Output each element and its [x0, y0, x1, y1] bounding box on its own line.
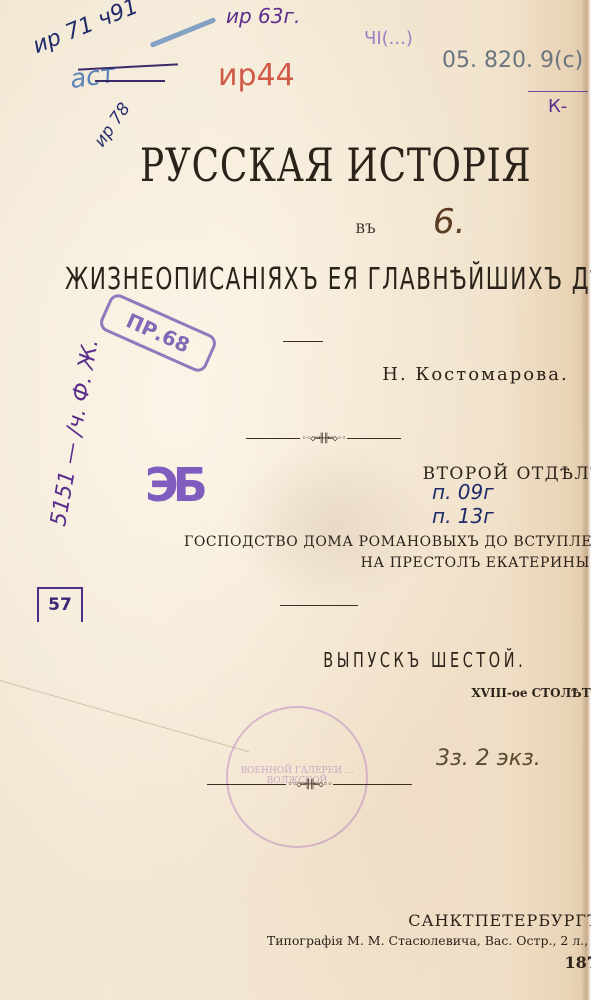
divider-short-2 — [280, 605, 358, 606]
handwritten-note-top-left-3: ир 78 — [90, 99, 134, 151]
ornament-divider-1: ◦◦◇═╫╫═◇◦◦ — [246, 434, 401, 443]
book-title: РУССКАЯ ИСТОРІЯ — [140, 138, 436, 192]
century-label: XVIII-ое СТОЛѢТІЕ. — [245, 686, 591, 700]
section-description-line1: ГОСПОДСТВО ДОМА РОМАНОВЫХЪ ДО ВСТУПЛЕНІЯ — [108, 534, 591, 550]
handwritten-volume-number: 6. — [433, 202, 465, 242]
strike-through-line — [95, 80, 165, 82]
handwritten-note-top-center: ир 63г. — [226, 4, 300, 28]
ornament-knot-icon: ◦◦◇═╫╫═◇◦◦ — [286, 780, 332, 790]
ornament-divider-2: ◦◦◇═╫╫═◇◦◦ — [207, 780, 412, 789]
author-name: Н. Костомарова. — [180, 364, 591, 385]
imprint-year: 1876. — [294, 953, 591, 972]
scanned-title-page: РУССКАЯ ИСТОРІЯ ВЪ ЖИЗНЕОПИСАНІЯХЪ ЕЯ ГЛ… — [0, 0, 591, 1000]
paper-crease — [0, 680, 250, 810]
divider-short — [283, 341, 323, 342]
handwritten-bottom-right: 3з. 2 экз. — [436, 746, 541, 771]
shelfmark-fraction: К- — [548, 96, 567, 117]
shelfmark-note: 05. 820. 9(с) — [442, 48, 583, 73]
section-heading: ВТОРОЙ ОТДѢЛЪ: — [222, 464, 591, 484]
handwritten-left-margin: 5151 — /ч. Ф. Ж. — [46, 337, 104, 528]
section-description-line2: НА ПРЕСТОЛЪ ЕКАТЕРИНЫ II. — [191, 555, 591, 571]
page-edge-shadow — [581, 0, 591, 1000]
handwritten-note-top-left-2: аст — [68, 59, 117, 95]
stamp-blot: ЭБ — [145, 458, 215, 513]
shelfmark-fraction-line — [528, 91, 588, 92]
stamp-box-57: 57 — [37, 587, 83, 622]
stamp-pr-68: ПР.68 — [97, 291, 219, 375]
book-subtitle: ЖИЗНЕОПИСАНІЯХЪ ЕЯ ГЛАВНѢЙШИХЪ ДѢЯТЕЛЕЙ. — [65, 262, 526, 297]
handwritten-note-lavender: ЧI(...) — [364, 28, 413, 49]
handwritten-note-top-left-1: ир 71 ч91 — [29, 0, 142, 59]
crayon-stroke — [150, 17, 217, 48]
imprint-printer: Типографія М. М. Стасюлевича, Вас. Остр.… — [140, 933, 591, 948]
handwritten-section-note-1: п. 09г — [432, 480, 494, 504]
round-library-stamp: ВОЕННОЙ ГАЛЕРЕИ ... ВОЛЖСКОЙ — [226, 706, 368, 848]
handwritten-section-note-2: п. 13г — [432, 504, 494, 528]
ornament-knot-icon: ◦◦◇═╫╫═◇◦◦ — [300, 434, 346, 444]
imprint-city: САНКТПЕТЕРБУРГЪ. — [212, 911, 591, 930]
issue-number: ВЫПУСКЪ ШЕСТОЙ. — [212, 648, 591, 672]
conjunction-text: ВЪ — [70, 222, 591, 237]
handwritten-note-red: ир44 — [218, 58, 295, 93]
